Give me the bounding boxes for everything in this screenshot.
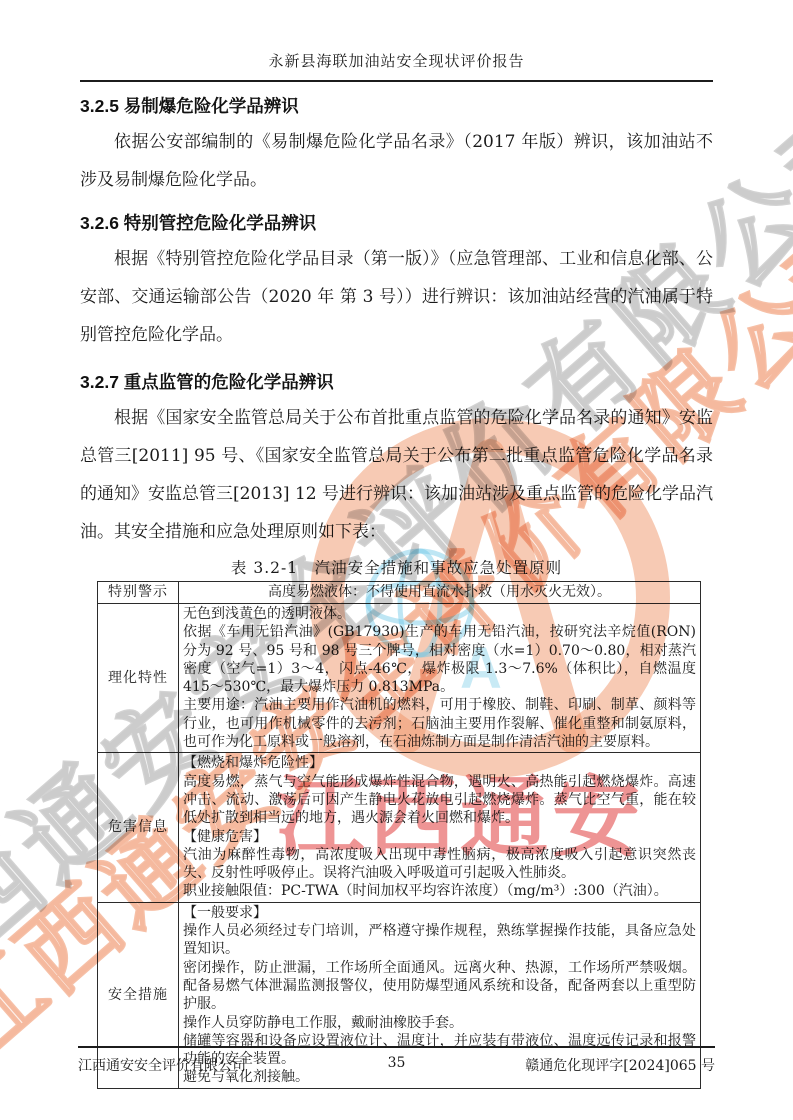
row-label: 理化特性 [98, 604, 179, 753]
section-heading-327: 3.2.7 重点监管的危险化学品辨识 [80, 369, 713, 394]
page-footer: 江西通安安全评价有限公司 35 赣通危化现评字[2024]065 号 [78, 1046, 715, 1075]
row-label: 特别警示 [98, 582, 179, 604]
table-row-physicochemical: 理化特性 无色到浅黄色的透明液体。 依据《车用无铅汽油》(GB17930)生产的… [98, 604, 701, 753]
table-row-hazard-info: 危害信息 【燃烧和爆炸危险性】 高度易燃，蒸气与空气能形成爆炸性混合物，遇明火、… [98, 753, 701, 902]
footer-page-number: 35 [78, 1055, 715, 1071]
row-content: 【燃烧和爆炸危险性】 高度易燃，蒸气与空气能形成爆炸性混合物，遇明火、高热能引起… [179, 753, 701, 902]
row-content: 无色到浅黄色的透明液体。 依据《车用无铅汽油》(GB17930)生产的车用无铅汽… [179, 604, 701, 753]
paragraph-326: 根据《特别管控危险化学品目录（第一版）》（应急管理部、工业和信息化部、公安部、交… [80, 240, 713, 354]
section-heading-325: 3.2.5 易制爆危险化学品辨识 [80, 93, 713, 118]
row-label: 危害信息 [98, 753, 179, 902]
table-caption: 表 3.2-1 汽油安全措施和事故应急处置原则 [80, 556, 713, 578]
section-heading-326: 3.2.6 特别管控危险化学品辨识 [80, 210, 713, 235]
table-row-special-warning: 特别警示 高度易燃液体：不得使用直流水扑救（用水灭火无效）。 [98, 582, 701, 604]
gasoline-safety-table: 特别警示 高度易燃液体：不得使用直流水扑救（用水灭火无效）。 理化特性 无色到浅… [97, 581, 701, 1089]
page-header-title: 永新县海联加油站安全现状评价报告 [80, 50, 713, 82]
document-body: 永新县海联加油站安全现状评价报告 3.2.5 易制爆危险化学品辨识 依据公安部编… [80, 50, 713, 1089]
paragraph-325: 依据公安部编制的《易制爆危险化学品名录》（2017 年版）辨识，该加油站不涉及易… [80, 123, 713, 199]
report-page: 江西通安安全评价有限公司 A 江西通安安全评价有限公司 江西通安 永新县海联加油… [0, 0, 793, 1120]
row-content: 高度易燃液体：不得使用直流水扑救（用水灭火无效）。 [179, 582, 701, 604]
paragraph-327: 根据《国家安全监管总局关于公布首批重点监管的危险化学品名录的通知》安监总管三[2… [80, 399, 713, 551]
